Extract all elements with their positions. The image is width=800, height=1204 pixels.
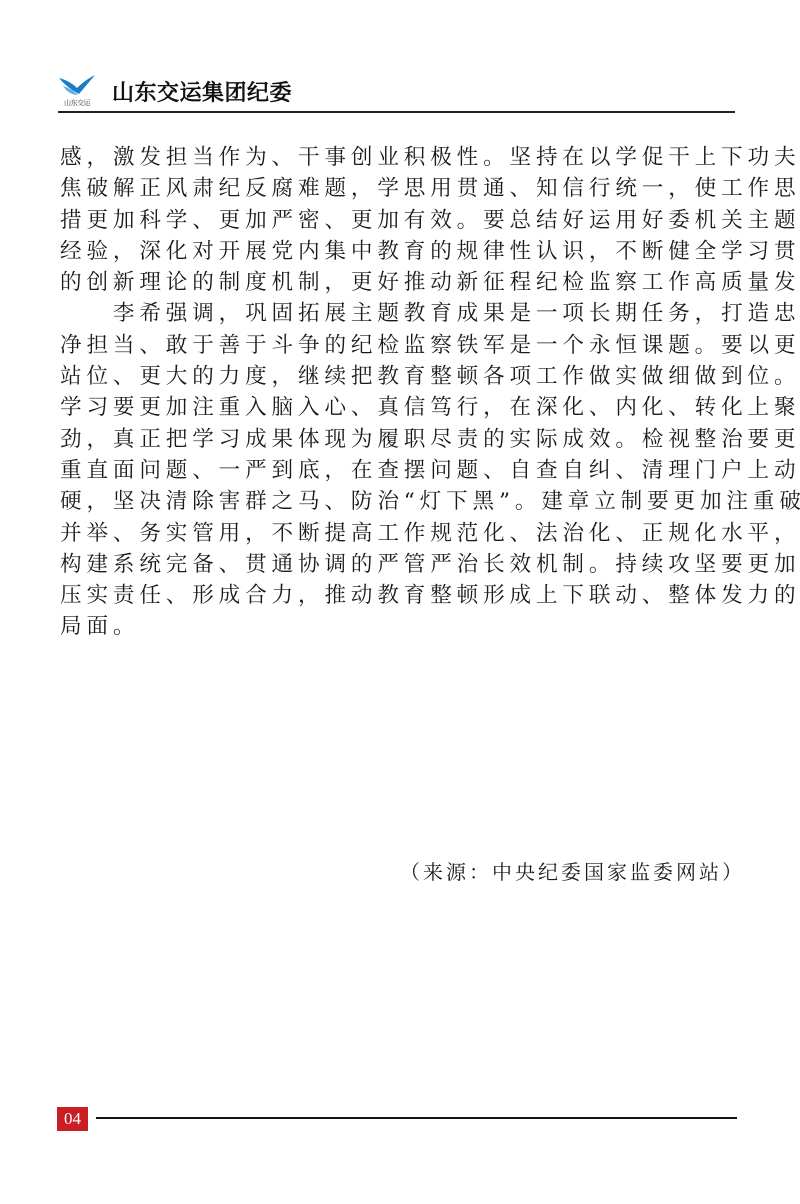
org-title: 山东交运集团纪委 xyxy=(112,76,292,107)
text-line: 净担当、敢于善于斗争的纪检监察铁军是一个永恒课题。要以更高的 xyxy=(60,330,736,361)
footer-divider xyxy=(96,1117,737,1119)
text-line: 焦破解正风肃纪反腐难题，学思用贯通、知信行统一，使工作思路举 xyxy=(60,173,736,204)
logo-caption: 山东交运 xyxy=(55,98,99,108)
text-line: 压实责任、形成合力，推动教育整顿形成上下联动、整体发力的生动 xyxy=(60,580,736,611)
text-line: 并举、务实管用，不断提高工作规范化、法治化、正规化水平，努力 xyxy=(60,518,736,549)
page-number-badge: 04 xyxy=(57,1107,88,1131)
text-line: 学习要更加注重入脑入心、真信笃行，在深化、内化、转化上聚力用 xyxy=(60,392,736,423)
text-line: 的创新理论的制度机制，更好推动新征程纪检监察工作高质量发展。 xyxy=(60,267,736,298)
page-header: 山东交运 山东交运集团纪委 xyxy=(55,72,735,114)
text-line: 经验，深化对开展党内集中教育的规律性认识，不断健全学习贯彻党 xyxy=(60,236,736,267)
text-line: 构建系统完备、贯通协调的严管严治长效机制。持续攻坚要更加注重 xyxy=(60,549,736,580)
text-line: 劲，真正把学习成果体现为履职尽责的实际成效。检视整治要更加注 xyxy=(60,424,736,455)
text-line: 重直面问题、一严到底，在查摆问题、自查自纠、清理门户上动真碰 xyxy=(60,455,736,486)
page-footer: 04 xyxy=(57,1107,737,1131)
text-line: 局面。 xyxy=(60,611,736,642)
text-line: 感，激发担当作为、干事创业积极性。坚持在以学促干上下功夫，聚 xyxy=(60,142,736,173)
header-divider xyxy=(58,111,735,113)
text-line: 措更加科学、更加严密、更加有效。要总结好运用好委机关主题教育 xyxy=(60,205,736,236)
source-attribution: （来源：中央纪委国家监委网站） xyxy=(400,856,745,885)
text-line: 站位、更大的力度，继续把教育整顿各项工作做实做细做到位。理论 xyxy=(60,361,736,392)
text-line: 李希强调，巩固拓展主题教育成果是一项长期任务，打造忠诚干 xyxy=(60,298,736,329)
article-body: 感，激发担当作为、干事创业积极性。坚持在以学促干上下功夫，聚 焦破解正风肃纪反腐… xyxy=(60,142,736,643)
text-line: 硬，坚决清除害群之马、防治“灯下黑”。建章立制要更加注重破立 xyxy=(60,486,736,517)
